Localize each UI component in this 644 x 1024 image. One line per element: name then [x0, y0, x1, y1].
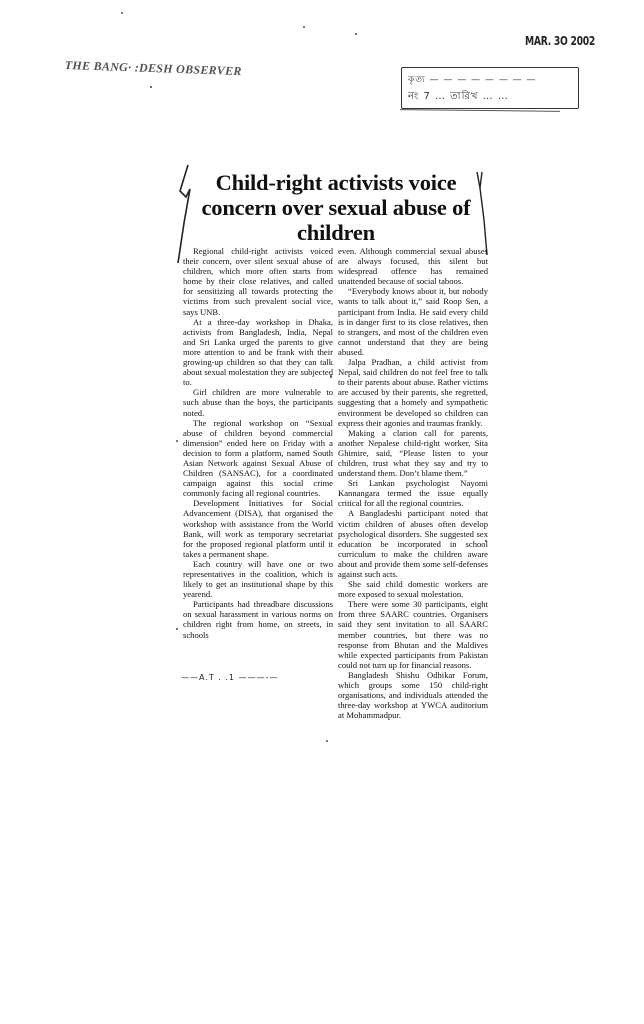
scan-speck — [326, 740, 328, 742]
paragraph: Bangladesh Shishu Odhikar Forum, which g… — [338, 670, 488, 720]
paragraph: She said child domestic workers are more… — [338, 579, 488, 599]
paragraph: Girl children are more vulnerable to suc… — [183, 387, 333, 417]
paragraph: There were some 30 participants, eight f… — [338, 599, 488, 670]
clipping-date: MAR. 3O 2002 — [525, 34, 595, 48]
scan-speck — [150, 86, 152, 88]
paragraph: Development Initiatives for Social Advan… — [183, 498, 333, 559]
stamp-underline — [400, 109, 560, 112]
scan-speck — [355, 33, 357, 35]
newspaper-name: THE BANG· :DESH OBSERVER — [64, 58, 241, 79]
scan-speck — [330, 375, 332, 378]
paragraph: A Bangladeshi participant noted that vic… — [338, 508, 488, 579]
scan-speck — [176, 628, 178, 630]
scan-speck — [485, 540, 487, 542]
stamp-line-2: নং 7 … তারিখ … … — [408, 89, 574, 106]
paragraph: Regional child-right activists voiced th… — [183, 246, 333, 317]
paragraph: Jalpa Pradhan, a child activist from Nep… — [338, 357, 488, 428]
paragraph: Sri Lankan psychologist Nayomi Kannangar… — [338, 478, 488, 508]
stamp-line-1: কৃত্য — — — — — — — — — [408, 72, 574, 87]
scan-speck — [176, 440, 178, 442]
paragraph: At a three-day workshop in Dhaka, activi… — [183, 317, 333, 388]
article-column-right: even. Although commercial sexual abuses … — [338, 246, 488, 720]
article-column-left: Regional child-right activists voiced th… — [183, 246, 333, 640]
archive-stamp: কৃত্য — — — — — — — — নং 7 … তারিখ … … — [401, 67, 579, 109]
scan-speck — [121, 12, 123, 14]
article-headline: Child-right activists voice concern over… — [190, 170, 482, 245]
paragraph: The regional workshop on “Sexual abuse o… — [183, 418, 333, 499]
paragraph: Participants had threadbare discussions … — [183, 599, 333, 639]
paragraph: Each country will have one or two repres… — [183, 559, 333, 599]
scan-speck — [303, 26, 305, 28]
paragraph: “Everybody knows about it, but nobody wa… — [338, 286, 488, 357]
paragraph: even. Although commercial sexual abuses … — [338, 246, 488, 286]
column-cut-marker: ——A.T . .1 ———-— — [181, 673, 278, 682]
paragraph: Making a clarion call for parents, anoth… — [338, 428, 488, 478]
